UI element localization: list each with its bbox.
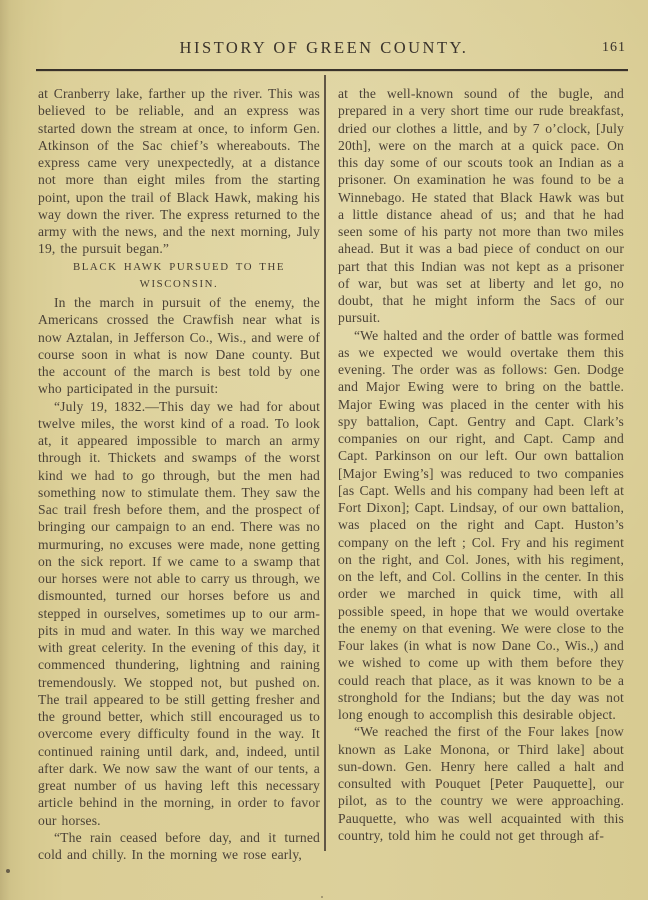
page-title: HISTORY OF GREEN COUNTY. xyxy=(0,38,648,58)
paragraph: “We reached the first of the Four lakes … xyxy=(338,723,624,844)
paragraph: “July 19, 1832.—This day we had for abou… xyxy=(38,398,320,829)
left-column: at Cranberry lake, farther up the river.… xyxy=(38,85,320,863)
ink-speck xyxy=(321,896,323,898)
section-heading: BLACK HAWK PURSUED TO THE WISCONSIN. xyxy=(38,259,320,294)
header-rule xyxy=(36,69,628,71)
text-columns: at Cranberry lake, farther up the river.… xyxy=(38,85,624,863)
paragraph: In the march in pursuit of the enemy, th… xyxy=(38,294,320,398)
paragraph: at the well-known sound of the bugle, an… xyxy=(338,85,624,327)
paragraph: “The rain ceased before day, and it turn… xyxy=(38,829,320,864)
ink-speck xyxy=(6,869,10,873)
paragraph: “We halted and the order of battle was f… xyxy=(338,327,624,724)
running-head: HISTORY OF GREEN COUNTY. 161 xyxy=(0,38,648,60)
page-number: 161 xyxy=(602,40,626,56)
book-page: HISTORY OF GREEN COUNTY. 161 at Cranberr… xyxy=(0,0,648,900)
right-column: at the well-known sound of the bugle, an… xyxy=(338,85,624,863)
paragraph: at Cranberry lake, farther up the river.… xyxy=(38,85,320,258)
